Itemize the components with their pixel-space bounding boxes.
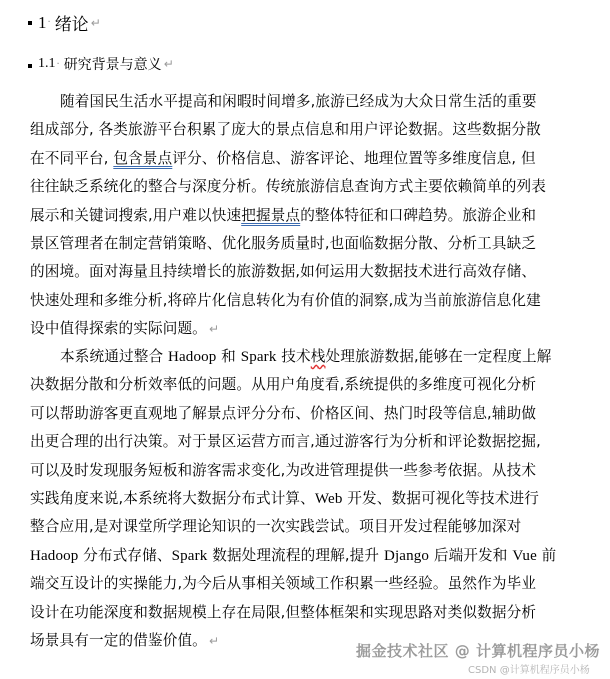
document-page: 1 · 绪论 ↵ 1.1 · 研究背景与意义 ↵ 随着国民生活水平提高和闲暇时间… [0,0,610,679]
text-line: 端交互设计的实操能力,为今后从事相关领域工作积累一些经验。虽然作为毕业 [30,570,578,598]
space-mark: · [57,59,60,70]
paragraph-mark-icon: ↵ [91,16,101,30]
text-line: 景区管理者在制定营销策略、优化服务质量时,也面临数据分散、分析工具缺乏 [30,230,578,258]
text-line: 出更合理的出行决策。对于景区运营方而言,通过游客行为分析和评论数据挖掘, [30,428,578,456]
text-line: 的困境。面对海量且持续增长的旅游数据,如何运用大数据技术进行高效存储、 [30,258,578,286]
text-line: 整合应用,是对课堂所学理论知识的一次实践尝试。项目开发过程能够加深对 [30,513,578,541]
heading-level-1[interactable]: 1 · 绪论 ↵ [28,10,101,35]
spelling-squiggle[interactable]: 栈 [311,348,326,365]
paragraph-mark-icon: ↵ [209,322,219,336]
heading-number: 1 [38,13,47,33]
text-line: 往往缺乏系统化的整合与深度分析。传统旅游信息查询方式主要依赖简单的列表 [30,173,578,201]
heading-level-2[interactable]: 1.1 · 研究背景与意义 ↵ [28,54,174,74]
heading-title: 研究背景与意义 [64,54,162,74]
paragraph-significance[interactable]: 本系统通过整合 Hadoop 和 Spark 技术栈处理旅游数据,能够在一定程度… [30,343,578,655]
paragraph-background[interactable]: 随着国民生活水平提高和闲暇时间增多,旅游已经成为大众日常生活的重要 组成部分, … [30,88,578,344]
text-line: 快速处理和多维分析,将碎片化信息转化为有价值的洞察,成为当前旅游信息化建 [30,287,578,315]
text-line: Hadoop 分布式存储、Spark 数据处理流程的理解,提升 Django 后… [30,542,578,570]
text-line: 可以及时发现服务短板和游客需求变化,为改进管理提供一些参考依据。从技术 [30,457,578,485]
text-line: 设计在功能深度和数据规模上存在局限,但整体框架和实现思路对类似数据分析 [30,599,578,627]
text-line: 在不同平台, 包含景点评分、价格信息、游客评论、地理位置等多维度信息, 但 [30,145,578,173]
heading-bullet-marker [28,21,32,25]
text-line: 组成部分, 各类旅游平台积累了庞大的景点信息和用户评论数据。这些数据分散 [30,116,578,144]
heading-number: 1.1 [38,56,56,72]
grammar-underline[interactable]: 包含景点 [113,150,172,167]
heading-title: 绪论 [55,10,89,35]
grammar-underline[interactable]: 把握景点 [241,207,300,224]
watermark-csdn: CSDN @计算机程序员小杨 [468,661,590,676]
text-line: 可以帮助游客更直观地了解景点评分分布、价格区间、热门时段等信息,辅助做 [30,400,578,428]
paragraph-mark-icon: ↵ [209,634,219,648]
text-line: 设中值得探索的实际问题。↵ [30,315,578,343]
text-line: 本系统通过整合 Hadoop 和 Spark 技术栈处理旅游数据,能够在一定程度… [30,343,578,371]
watermark-juejin: 掘金技术社区 @ 计算机程序员小杨 [356,640,600,661]
heading-bullet-marker [28,64,32,68]
paragraph-mark-icon: ↵ [164,57,174,71]
text-line: 决数据分散和分析效率低的问题。从用户角度看,系统提供的多维度可视化分析 [30,371,578,399]
space-mark: · [48,17,51,28]
text-line: 实践角度来说,本系统将大数据分布式计算、Web 开发、数据可视化等技术进行 [30,485,578,513]
text-line: 展示和关键词搜索,用户难以快速把握景点的整体特征和口碑趋势。旅游企业和 [30,202,578,230]
text-line: 随着国民生活水平提高和闲暇时间增多,旅游已经成为大众日常生活的重要 [30,88,578,116]
